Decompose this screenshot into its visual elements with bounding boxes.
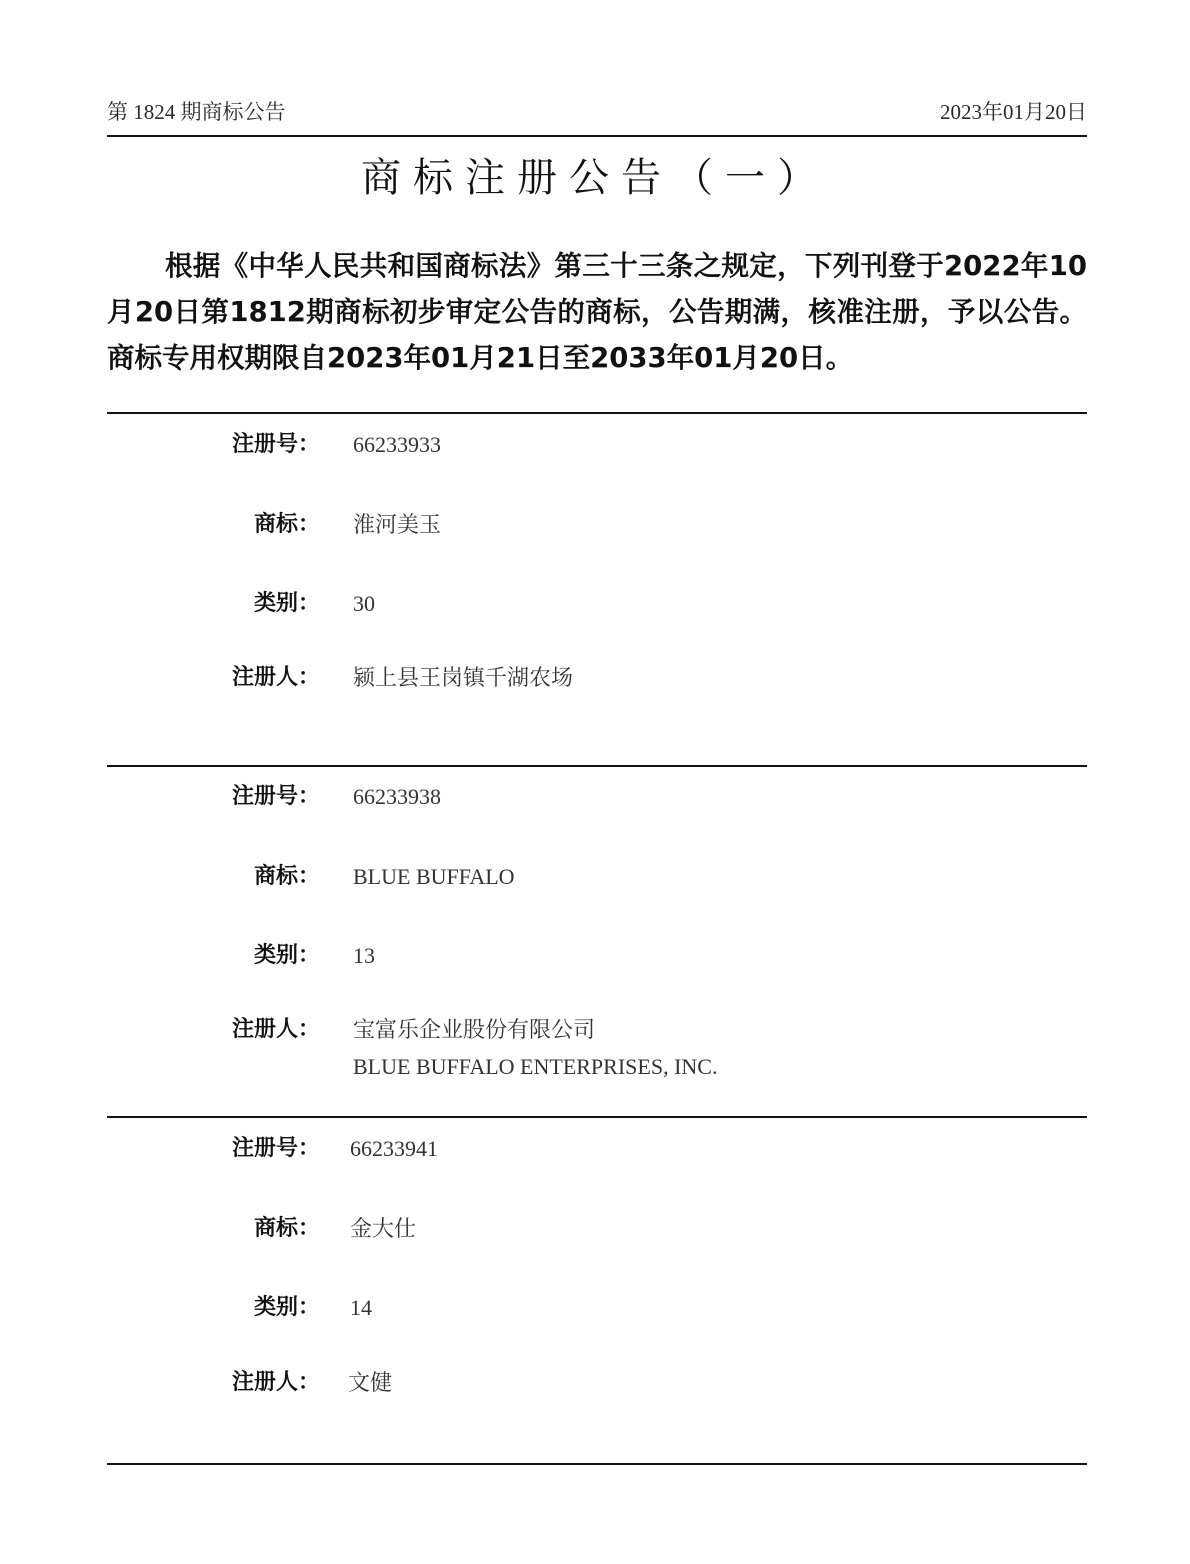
registrant-label: 注册人：	[232, 1364, 320, 1401]
mark-label: 商标：	[254, 858, 320, 895]
reg-no-value: 66233941	[350, 1130, 438, 1167]
registrant-en-value: BLUE BUFFALO ENTERPRISES, INC.	[353, 1048, 717, 1085]
registrant-label: 注册人：	[232, 659, 320, 696]
reg-no-value: 66233938	[353, 778, 441, 815]
reg-no-label: 注册号：	[232, 426, 320, 463]
reg-no-label: 注册号：	[232, 778, 320, 815]
footer-divider	[107, 1463, 1087, 1465]
reg-no-label: 注册号：	[232, 1130, 320, 1167]
reg-no-value: 66233933	[353, 426, 441, 463]
class-label: 类别：	[254, 585, 320, 622]
class-value: 30	[353, 585, 375, 622]
mark-value: BLUE BUFFALO	[353, 858, 515, 895]
class-label: 类别：	[254, 1289, 320, 1326]
class-value: 14	[350, 1289, 372, 1326]
class-value: 13	[353, 937, 375, 974]
issue-date: 2023年01月20日	[940, 96, 1087, 126]
class-label: 类别：	[254, 937, 320, 974]
issue-number: 第 1824 期商标公告	[107, 96, 286, 126]
page-header: 第 1824 期商标公告 2023年01月20日	[107, 96, 1087, 126]
page-title: 商标注册公告（一）	[0, 146, 1190, 203]
record-divider	[107, 1116, 1087, 1118]
mark-label: 商标：	[254, 506, 320, 543]
mark-label: 商标：	[254, 1210, 320, 1247]
mark-value: 淮河美玉	[353, 506, 441, 543]
registrant-value: 颍上县王岗镇千湖农场	[353, 659, 573, 696]
record-divider	[107, 412, 1087, 414]
registrant-value: 宝富乐企业股份有限公司	[353, 1011, 595, 1048]
registrant-label: 注册人：	[232, 1011, 320, 1048]
record-divider	[107, 765, 1087, 767]
intro-paragraph: 根据《中华人民共和国商标法》第三十三条之规定，下列刊登于2022年10月20日第…	[107, 243, 1087, 381]
registrant-value: 文健	[348, 1364, 392, 1401]
mark-value: 金大仕	[350, 1210, 416, 1247]
header-divider	[107, 135, 1087, 137]
